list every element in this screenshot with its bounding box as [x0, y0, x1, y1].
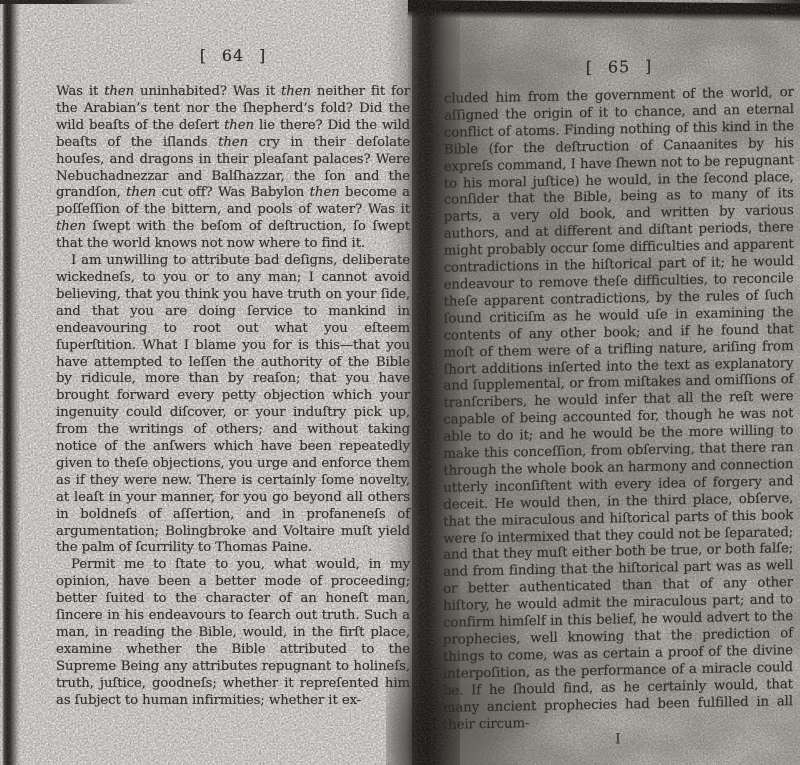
book-scan: [ 64 ] Was it then uninhabited? Was it t…: [0, 0, 800, 765]
top-right-shadow: [730, 0, 800, 26]
top-left-shadow-line: [0, 0, 140, 4]
left-page-text: Was it then uninhabited? Was it then nei…: [56, 84, 410, 710]
right-page-content: [ 65 ] cluded him from the government of…: [443, 54, 794, 751]
book-edge-left: [0, 0, 20, 765]
right-page-text: cluded him from the government of the wo…: [443, 85, 794, 734]
paragraph: cluded him from the government of the wo…: [443, 85, 794, 734]
left-page-number: [ 64 ]: [56, 46, 410, 65]
paragraph: I am unwilling to attribute bad deſigns,…: [56, 253, 410, 557]
paragraph: Was it then uninhabited? Was it then nei…: [56, 84, 410, 253]
paragraph: Permit me to ſtate to you, what would, i…: [56, 557, 410, 709]
